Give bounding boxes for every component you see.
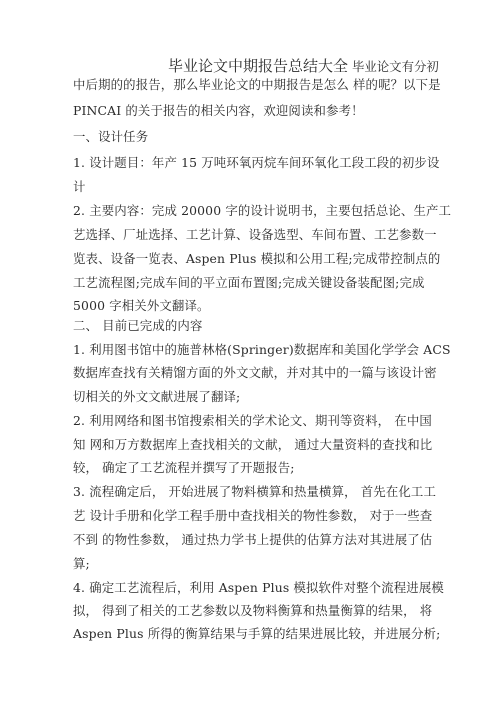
text-line: 艺选择、厂址选择、工艺计算、设备选型、车间布置、工艺参数一 (73, 227, 437, 243)
text-line: 1. 利用图书馆中的施普林格(Springer)数据库和美国化学学会 ACS (73, 342, 451, 358)
text-line: 1. 设计题目：年产 15 万吨环氧丙烷车间环氧化工段工段的初步设 (73, 155, 440, 171)
text-line: 览表、设备一览表、Aspen Plus 模拟和公用工程;完成带控制点的 (73, 251, 440, 267)
text-line: 工艺流程图;完成车间的平立面布置图;完成关键设备装配图;完成 (73, 275, 425, 291)
text-line: 不到 的物性参数， 通过热力学书上提供的估算方法对其进展了估 (73, 532, 432, 548)
text-line: 拟， 得到了相关的工艺参数以及物料衡算和热量衡算的结果， 将 (73, 603, 432, 619)
text-line: 2. 利用网络和图书馆搜索相关的学术论文、期刊等资料， 在中国 (73, 413, 432, 429)
intro-text-start: 毕业论文有分初 (352, 59, 439, 74)
text-line: 计 (73, 179, 86, 195)
text-line: 3. 流程确定后， 开始进展了物料横算和热量横算， 首先在化工工 (73, 484, 436, 500)
document-title-line: 毕业论文中期报告总结大全毕业论文有分初 (168, 55, 439, 76)
text-line: 中后期的的报告，那么毕业论文的中期报告是怎么 样的呢？以下是 (73, 77, 441, 93)
text-line: 知 网和万方数据库上查找相关的文献， 通过大量资料的查找和比 (73, 437, 432, 453)
document-page: 毕业论文中期报告总结大全毕业论文有分初 中后期的的报告，那么毕业论文的中期报告是… (0, 0, 500, 707)
text-line: 较， 确定了工艺流程并撰写了开题报告; (73, 460, 295, 476)
section-heading: 二、 目前已完成的内容 (73, 318, 203, 334)
text-line: 5000 字相关外文翻译。 (73, 298, 210, 314)
text-line: PINCAI 的关于报告的相关内容，欢迎阅读和参考！ (73, 103, 364, 119)
text-line: 数据库查找有关精馏方面的外文文献，并对其中的一篇与该设计密 (73, 365, 437, 381)
document-title: 毕业论文中期报告总结大全 (168, 57, 348, 75)
text-line: 2. 主要内容：完成 20000 字的设计说明书，主要包括总论、生产工 (73, 203, 451, 219)
text-line: 算; (73, 556, 90, 572)
text-line: 4. 确定工艺流程后，利用 Aspen Plus 模拟软件对整个流程进展模 (73, 580, 444, 596)
section-heading: 一、设计任务 (73, 129, 148, 145)
text-line: 艺 设计手册和化学工程手册中查找相关的物性参数， 对于一些查 (73, 508, 432, 524)
text-line: 切相关的外文文献进展了翻译; (73, 389, 240, 405)
text-line: Aspen Plus 所得的衡算结果与手算的结果进展比较，并进展分析; (73, 626, 440, 642)
